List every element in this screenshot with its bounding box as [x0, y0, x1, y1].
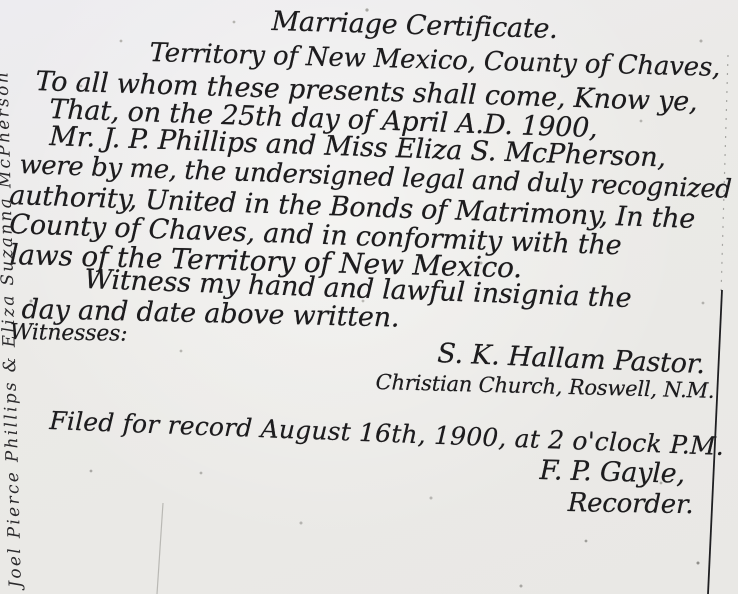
certificate-title: Marriage Certificate. — [271, 6, 558, 45]
recorder-signature: F. P. Gayle, — [539, 455, 685, 490]
paper-speckles — [0, 0, 2, 2]
scanned-marriage-certificate: Marriage Certificate. Territory of New M… — [0, 0, 738, 594]
recorder-title: Recorder. — [567, 488, 693, 520]
witnesses-label: Witnesses: — [10, 320, 128, 347]
filing-record-line: Filed for record August 16th, 1900, at 2… — [49, 406, 725, 461]
